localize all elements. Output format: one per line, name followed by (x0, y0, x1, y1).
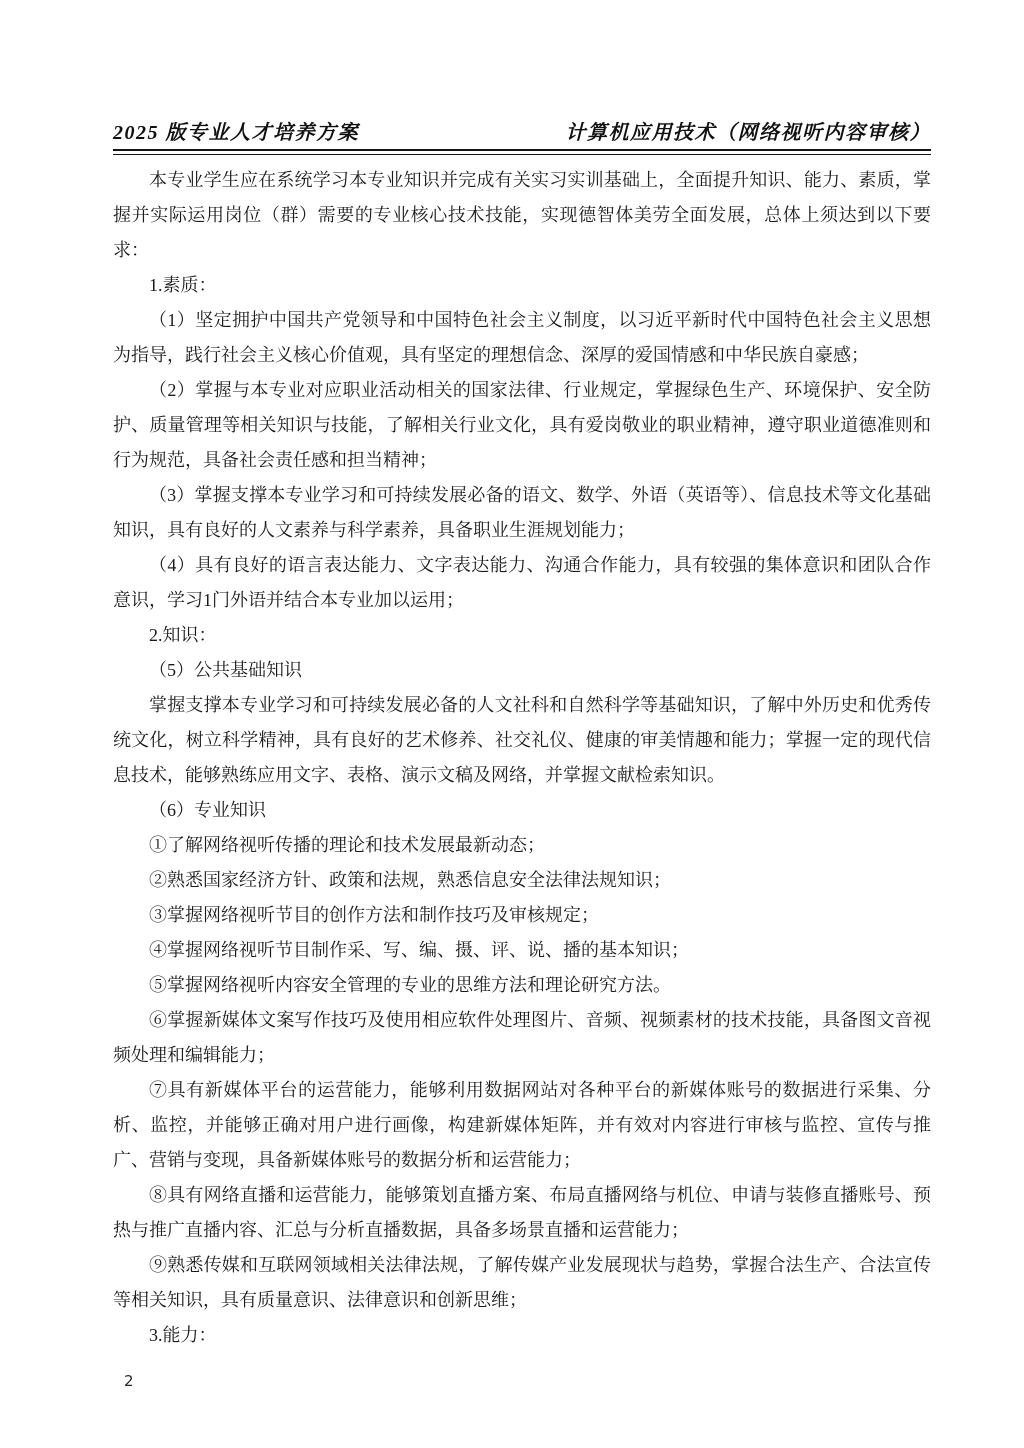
paragraph-intro: 本专业学生应在系统学习本专业知识并完成有关实习实训基础上，全面提升知识、能力、素… (113, 163, 931, 268)
document-body: 本专业学生应在系统学习本专业知识并完成有关实习实训基础上，全面提升知识、能力、素… (113, 163, 931, 1353)
paragraph-item-4: （4）具有良好的语言表达能力、文字表达能力、沟通合作能力，具有较强的集体意识和团… (113, 548, 931, 618)
list-item-circle-8: ⑧具有网络直播和运营能力，能够策划直播方案、布局直播网络与机位、申请与装修直播账… (113, 1178, 931, 1248)
header-right-title: 计算机应用技术（网络视听内容审核） (566, 116, 932, 145)
header-rule (113, 149, 931, 155)
list-item-circle-6: ⑥掌握新媒体文案写作技巧及使用相应软件处理图片、音频、视频素材的技术技能，具备图… (113, 1003, 931, 1073)
heading-item-6: （6）专业知识 (113, 793, 931, 828)
document-page: 2025 版专业人才培养方案 计算机应用技术（网络视听内容审核） 本专业学生应在… (0, 0, 1024, 1448)
heading-quality: 1.素质： (113, 268, 931, 303)
paragraph-public-basics: 掌握支撑本专业学习和可持续发展必备的人文社科和自然科学等基础知识，了解中外历史和… (113, 688, 931, 793)
list-item-circle-3: ③掌握网络视听节目的创作方法和制作技巧及审核规定； (113, 898, 931, 933)
list-item-circle-7: ⑦具有新媒体平台的运营能力，能够利用数据网站对各种平台的新媒体账号的数据进行采集… (113, 1073, 931, 1178)
heading-knowledge: 2.知识： (113, 618, 931, 653)
list-item-circle-5: ⑤掌握网络视听内容安全管理的专业的思维方法和理论研究方法。 (113, 968, 931, 1003)
heading-ability: 3.能力： (113, 1318, 931, 1353)
paragraph-item-1: （1）坚定拥护中国共产党领导和中国特色社会主义制度，以习近平新时代中国特色社会主… (113, 303, 931, 373)
header-left-title: 2025 版专业人才培养方案 (113, 116, 359, 145)
list-item-circle-4: ④掌握网络视听节目制作采、写、编、摄、评、说、播的基本知识； (113, 933, 931, 968)
paragraph-item-3: （3）掌握支撑本专业学习和可持续发展必备的语文、数学、外语（英语等）、信息技术等… (113, 478, 931, 548)
list-item-circle-9: ⑨熟悉传媒和互联网领域相关法律法规，了解传媒产业发展现状与趋势，掌握合法生产、合… (113, 1248, 931, 1318)
list-item-circle-2: ②熟悉国家经济方针、政策和法规，熟悉信息安全法律法规知识； (113, 863, 931, 898)
heading-item-5: （5）公共基础知识 (113, 653, 931, 688)
page-header: 2025 版专业人才培养方案 计算机应用技术（网络视听内容审核） (113, 116, 931, 145)
page-number: 2 (124, 1372, 134, 1390)
paragraph-item-2: （2）掌握与本专业对应职业活动相关的国家法律、行业规定，掌握绿色生产、环境保护、… (113, 373, 931, 478)
list-item-circle-1: ①了解网络视听传播的理论和技术发展最新动态； (113, 828, 931, 863)
